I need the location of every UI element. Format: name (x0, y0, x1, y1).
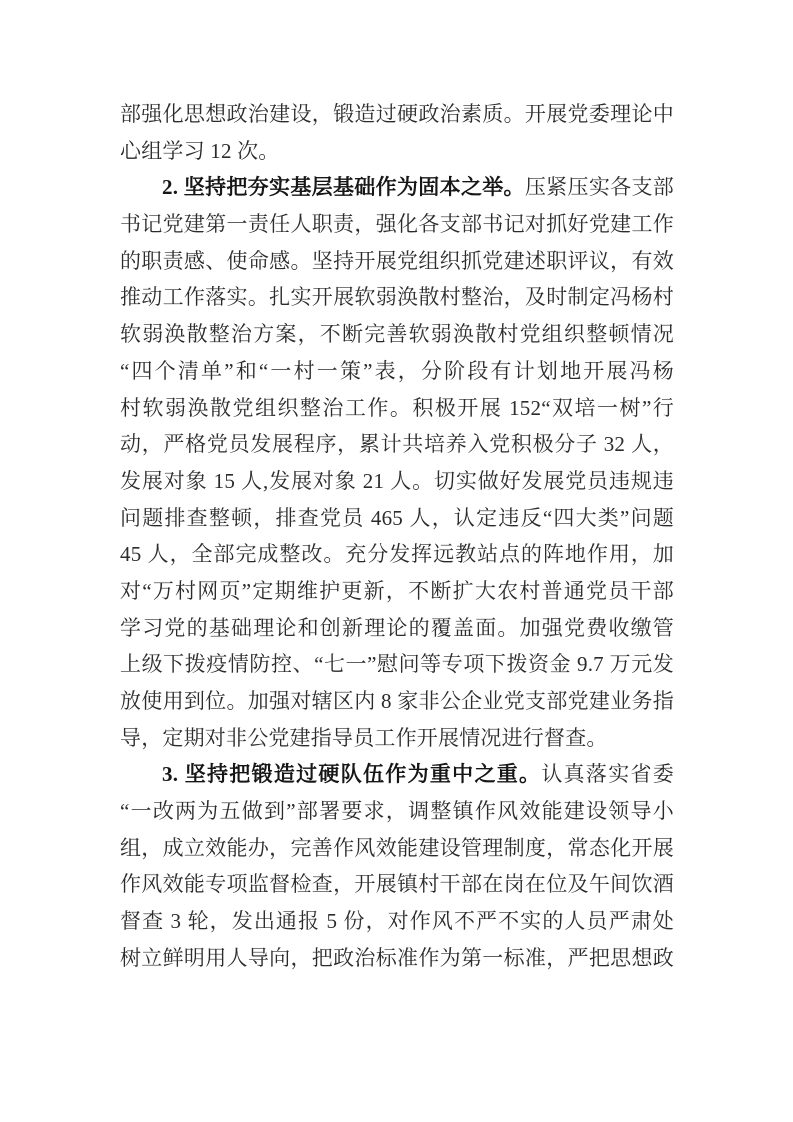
document-page: 部强化思想政治建设，锻造过硬政治素质。开展党委理论中心组学习 12 次。2. 坚… (0, 0, 793, 1122)
bold-heading-segment: 2. 坚持把夯实基层基础作为固本之举。 (162, 175, 525, 199)
text-line: 导，定期对非公党建指导员工作开展情况进行督查。 (120, 720, 674, 757)
text-line: 树立鲜明用人导向，把政治标准作为第一标准，严把思想政 (120, 940, 674, 977)
text-line: 组，成立效能办，完善作风效能建设管理制度，常态化开展 (120, 830, 674, 867)
text-line: “四个清单”和“一村一策”表，分阶段有计划地开展冯杨 (120, 353, 674, 390)
text-segment: 部强化思想政治建设，锻造过硬政治素质。开展党委理论中 (120, 102, 674, 126)
text-line: 问题排查整顿，排查党员 465 人，认定违反“四大类”问题 (120, 500, 674, 537)
text-segment: 树立鲜明用人导向，把政治标准作为第一标准，严把思想政 (120, 946, 674, 970)
text-line: 学习党的基础理论和创新理论的覆盖面。加强党费收缴管理， (120, 610, 674, 647)
text-segment: 组，成立效能办，完善作风效能建设管理制度，常态化开展 (120, 836, 674, 860)
text-line: 村软弱涣散党组织整治工作。积极开展 152“双培一树”行 (120, 390, 674, 427)
text-segment: 问题排查整顿，排查党员 465 人，认定违反“四大类”问题 (120, 506, 674, 530)
text-segment: 压紧压实各支部 (525, 175, 674, 199)
text-line: 上级下拨疫情防控、“七一”慰问等专项下拨资金 9.7 万元发 (120, 646, 674, 683)
text-segment: 督查 3 轮，发出通报 5 份，对作风不严不实的人员严肃处理。 (120, 909, 674, 940)
text-line: 的职责感、使命感。坚持开展党组织抓党建述职评议，有效 (120, 243, 674, 280)
text-segment: 软弱涣散整治方案，不断完善软弱涣散村党组织整顿情况 (120, 322, 674, 346)
text-segment: 学习党的基础理论和创新理论的覆盖面。加强党费收缴管理， (120, 616, 674, 647)
bold-heading-segment: 3. 坚持把锻造过硬队伍作为重中之重。 (162, 762, 541, 786)
text-line: 45 人，全部完成整改。充分发挥远教站点的阵地作用，加强 (120, 536, 674, 573)
text-segment: 推动工作落实。扎实开展软弱涣散村整治，及时制定冯杨村 (120, 285, 674, 309)
text-segment: 对“万村网页”定期维护更新，不断扩大农村普通党员干部 (120, 579, 674, 603)
text-segment: 动，严格党员发展程序，累计共培养入党积极分子 32 人， (120, 432, 674, 456)
text-line: 部强化思想政治建设，锻造过硬政治素质。开展党委理论中 (120, 96, 674, 133)
text-line: “一改两为五做到”部署要求，调整镇作风效能建设领导小 (120, 793, 674, 830)
text-line: 放使用到位。加强对辖区内 8 家非公企业党支部党建业务指 (120, 683, 674, 720)
text-line: 督查 3 轮，发出通报 5 份，对作风不严不实的人员严肃处理。 (120, 903, 674, 940)
text-segment: 发展对象 15 人,发展对象 21 人。切实做好发展党员违规违纪 (120, 469, 674, 500)
document-body: 部强化思想政治建设，锻造过硬政治素质。开展党委理论中心组学习 12 次。2. 坚… (120, 96, 674, 977)
text-segment: 认真落实省委 (541, 762, 674, 786)
text-line: 作风效能专项监督检查，开展镇村干部在岗在位及午间饮酒 (120, 866, 674, 903)
text-segment: 心组学习 12 次。 (120, 139, 280, 163)
text-line: 对“万村网页”定期维护更新，不断扩大农村普通党员干部 (120, 573, 674, 610)
text-segment: 放使用到位。加强对辖区内 8 家非公企业党支部党建业务指 (120, 689, 674, 713)
text-segment: 导，定期对非公党建指导员工作开展情况进行督查。 (120, 726, 608, 750)
text-segment: 作风效能专项监督检查，开展镇村干部在岗在位及午间饮酒 (120, 872, 674, 896)
text-segment: “一改两为五做到”部署要求，调整镇作风效能建设领导小 (120, 799, 674, 823)
text-segment: 的职责感、使命感。坚持开展党组织抓党建述职评议，有效 (120, 249, 674, 273)
text-segment: “四个清单”和“一村一策”表，分阶段有计划地开展冯杨 (120, 359, 674, 383)
paragraph-heading-line: 3. 坚持把锻造过硬队伍作为重中之重。认真落实省委 (120, 756, 674, 793)
text-line: 心组学习 12 次。 (120, 133, 674, 170)
text-segment: 村软弱涣散党组织整治工作。积极开展 152“双培一树”行 (120, 396, 674, 420)
text-segment: 书记党建第一责任人职责，强化各支部书记对抓好党建工作 (120, 212, 674, 236)
text-line: 书记党建第一责任人职责，强化各支部书记对抓好党建工作 (120, 206, 674, 243)
text-segment: 上级下拨疫情防控、“七一”慰问等专项下拨资金 9.7 万元发 (120, 652, 674, 676)
text-line: 发展对象 15 人,发展对象 21 人。切实做好发展党员违规违纪 (120, 463, 674, 500)
paragraph-heading-line: 2. 坚持把夯实基层基础作为固本之举。压紧压实各支部 (120, 169, 674, 206)
text-line: 推动工作落实。扎实开展软弱涣散村整治，及时制定冯杨村 (120, 279, 674, 316)
text-segment: 45 人，全部完成整改。充分发挥远教站点的阵地作用，加强 (120, 542, 674, 573)
text-line: 软弱涣散整治方案，不断完善软弱涣散村党组织整顿情况 (120, 316, 674, 353)
text-line: 动，严格党员发展程序，累计共培养入党积极分子 32 人， (120, 426, 674, 463)
